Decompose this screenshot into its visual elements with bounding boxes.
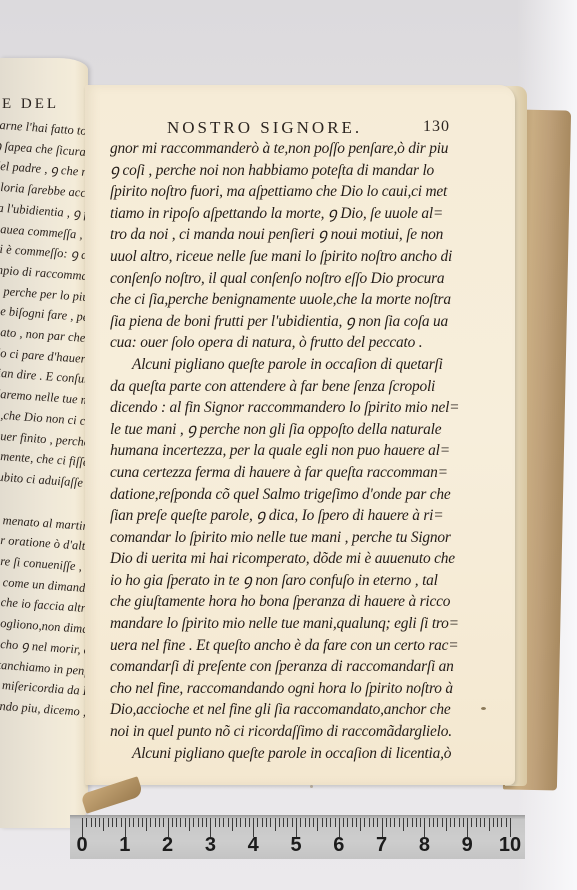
ruler-tick — [407, 818, 408, 827]
ruler-tick — [292, 818, 293, 827]
ruler-tick — [185, 818, 186, 827]
ruler-tick — [249, 818, 250, 827]
ruler-tick — [155, 818, 156, 827]
ruler-tick — [326, 818, 327, 827]
ruler-tick — [433, 818, 434, 827]
ruler-tick — [266, 818, 267, 827]
ruler-tick — [446, 818, 447, 831]
text-line: io ho gia ſperato in te ꝯ non ſaro confu… — [110, 570, 435, 592]
ruler-tick — [95, 818, 96, 827]
text-line: comandar lo ſpirito mio nelle tue mani ,… — [110, 527, 435, 549]
ruler-tick — [159, 818, 160, 827]
ruler-label: 10 — [499, 834, 521, 857]
ruler-tick — [287, 818, 288, 827]
ruler-tick — [313, 818, 314, 827]
ruler-tick — [386, 818, 387, 827]
ruler-tick — [347, 818, 348, 827]
ruler-tick — [206, 818, 207, 827]
ruler-label: 9 — [462, 834, 473, 857]
ruler-tick — [459, 818, 460, 827]
ruler-tick — [91, 818, 92, 827]
text-line: uera nel fine . Et queſto ancho è da far… — [110, 635, 435, 657]
ruler-tick — [484, 818, 485, 827]
ruler-tick — [476, 818, 477, 827]
ruler-label: 2 — [162, 834, 173, 857]
running-head: NOSTRO SIGNORE. — [167, 118, 362, 138]
ruler-tick — [240, 818, 241, 827]
ruler-tick — [146, 818, 147, 831]
ruler-tick — [219, 818, 220, 827]
ruler-tick — [180, 818, 181, 827]
ruler-tick — [172, 818, 173, 827]
ruler-label: 8 — [419, 834, 430, 857]
ruler-tick — [142, 818, 143, 827]
right-page-recto: NOSTRO SIGNORE. 130 gnor mi raccommander… — [85, 85, 515, 785]
text-line: da queſta parte con attendere à far bene… — [110, 376, 435, 398]
text-line: tro da noi , ci manda noui penſieri ꝯ no… — [110, 224, 435, 246]
ruler-tick — [133, 818, 134, 827]
ruler-tick — [399, 818, 400, 827]
ruler-tick — [270, 818, 271, 827]
text-line: le tue mani , ꝯ perche non gli ſia oppoſ… — [110, 419, 435, 441]
text-line: dicendo : al fin Signor raccommandero lo… — [110, 397, 435, 419]
ruler-tick — [493, 818, 494, 827]
ruler-tick — [373, 818, 374, 827]
paper-spot — [310, 785, 313, 788]
ruler-tick — [442, 818, 443, 827]
ruler-tick — [228, 818, 229, 827]
text-line: comandarſi di preſente con ſperanza di r… — [110, 656, 435, 678]
ruler-tick — [416, 818, 417, 827]
text-line: datione,reſponda cõ quel Salmo trigeſimo… — [110, 484, 435, 506]
ruler-tick — [309, 818, 310, 827]
ruler-tick — [86, 818, 87, 827]
ruler-tick — [390, 818, 391, 827]
ruler-tick — [360, 818, 361, 831]
ruler-tick — [176, 818, 177, 827]
ruler-tick — [99, 818, 100, 827]
ruler-tick — [257, 818, 258, 827]
left-running-head: E DEL — [2, 96, 59, 113]
ruler-tick — [236, 818, 237, 827]
ruler-tick — [116, 818, 117, 827]
ruler-tick — [356, 818, 357, 827]
ruler-tick — [305, 818, 306, 827]
ruler-tick — [364, 818, 365, 827]
ruler-tick — [497, 818, 498, 827]
ruler-tick — [454, 818, 455, 827]
text-line: humana incertezza, per la quale egli non… — [110, 440, 435, 462]
ruler-tick — [335, 818, 336, 827]
text-line: mandare lo ſpirito mio nelle tue mani,qu… — [110, 613, 435, 635]
text-line: ſia piena de boni frutti per l'ubidienti… — [110, 311, 435, 333]
ruler-tick — [275, 818, 276, 831]
ruler-tick — [352, 818, 353, 827]
ruler-tick — [412, 818, 413, 827]
text-line: uuol altro, riceue nelle ſue mani lo ſpi… — [110, 246, 435, 268]
text-line: Dio,accioche et nel fine gli ſia raccoma… — [110, 699, 435, 721]
ruler-tick — [223, 818, 224, 827]
ruler-tick — [403, 818, 404, 831]
ruler-tick — [369, 818, 370, 827]
ruler-label: 1 — [119, 834, 130, 857]
ruler-tick — [429, 818, 430, 827]
ruler-tick — [202, 818, 203, 827]
text-line: ſian preſe queſte parole, ꝯ dica, Io ſpe… — [110, 505, 435, 527]
text-line: ſpirito noſtro fuori, ma aſpettiamo che … — [110, 181, 435, 203]
paragraph-gap — [0, 491, 88, 513]
ruler-tick — [300, 818, 301, 827]
text-line: conſenſo noſtro, il qual conſenſo noſtro… — [110, 268, 435, 290]
text-line: noi in quel punto nõ ci ricordaſſimo di … — [110, 721, 435, 743]
ruler-label: 3 — [205, 834, 216, 857]
ruler-label: 0 — [76, 834, 87, 857]
ruler-tick — [506, 818, 507, 827]
ruler-tick — [150, 818, 151, 827]
text-line: cho nel fine, raccomandando ogni hora lo… — [110, 678, 435, 700]
ruler-label: 6 — [333, 834, 344, 857]
ruler-tick — [450, 818, 451, 827]
ruler-label: 5 — [290, 834, 301, 857]
page-number: 130 — [423, 118, 450, 136]
text-line: cuna certezza ferma di hauere à far queſ… — [110, 462, 435, 484]
ruler-tick — [189, 818, 190, 831]
ruler-tick — [471, 818, 472, 827]
ruler-tick — [232, 818, 233, 831]
text-line: tiamo in ripoſo aſpettando la morte, ꝯ D… — [110, 203, 435, 225]
text-line: che ci ſia,perche benignamente uuole,che… — [110, 289, 435, 311]
paper-spot — [481, 707, 486, 710]
ruler-tick — [420, 818, 421, 827]
ruler-tick — [198, 818, 199, 827]
ruler-tick — [138, 818, 139, 827]
text-line: gnor mi raccommanderò à te,non poſſo pen… — [110, 138, 435, 160]
text-line: Dio di uerita mi hai ricomperato, dõde m… — [110, 548, 435, 570]
ruler-tick — [103, 818, 104, 831]
ruler-tick — [245, 818, 246, 827]
ruler-tick — [215, 818, 216, 827]
body-text: gnor mi raccommanderò à te,non poſſo pen… — [110, 138, 435, 764]
ruler-tick — [163, 818, 164, 827]
ruler-tick — [112, 818, 113, 827]
ruler-tick — [501, 818, 502, 827]
ruler-tick — [480, 818, 481, 827]
text-line: che giuſtamente hora ho bona ſperanza di… — [110, 591, 435, 613]
scale-ruler: 012345678910 — [70, 815, 525, 859]
ruler-tick — [279, 818, 280, 827]
text-line: ꝯ coſi , perche noi non habbiamo poteſta… — [110, 160, 435, 182]
text-line: Alcuni pigliano queſte parole in occaſio… — [110, 743, 435, 765]
ruler-tick — [108, 818, 109, 827]
ruler-tick — [463, 818, 464, 827]
ruler-tick — [283, 818, 284, 827]
left-page-verso: E DEL carne l'hai fatto tormenꝯ ſapea ch… — [0, 58, 88, 828]
ruler-tick — [322, 818, 323, 827]
ruler-tick — [317, 818, 318, 831]
ruler-tick — [489, 818, 490, 831]
ruler-tick — [129, 818, 130, 827]
ruler-tick — [437, 818, 438, 827]
ruler-tick — [121, 818, 122, 827]
ruler-tick — [377, 818, 378, 827]
text-line: cua: ouer ſolo opera di natura, ò frutto… — [110, 332, 435, 354]
ruler-tick — [193, 818, 194, 827]
ruler-label: 7 — [376, 834, 387, 857]
ruler-label: 4 — [248, 834, 259, 857]
ruler-tick — [394, 818, 395, 827]
text-line: Alcuni pigliano queſte parole in occaſio… — [110, 354, 435, 376]
ruler-tick — [343, 818, 344, 827]
ruler-tick — [262, 818, 263, 827]
ruler-tick — [330, 818, 331, 827]
left-page-text: carne l'hai fatto tormenꝯ ſapea che ſicu… — [0, 118, 88, 720]
